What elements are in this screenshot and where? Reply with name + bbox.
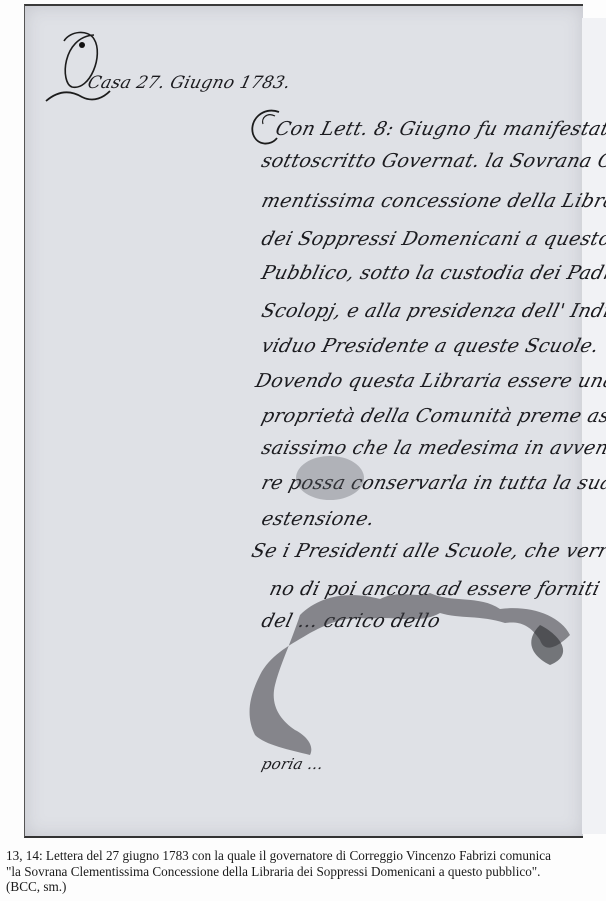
letter-line-text: no di poi ancora ad essere forniti (267, 578, 602, 600)
letter-line-text: Se i Presidenti alle Scuole, che verran (249, 540, 606, 562)
letter-line-text: proprietà della Comunità preme as- (259, 405, 606, 427)
caption-line-1: 13, 14: Lettera del 27 giugno 1783 con l… (6, 848, 602, 864)
letter-line-text: sottoscritto Governat. la Sovrana Cle- (259, 150, 606, 172)
letter-line-2: sottoscritto Governat. la Sovrana Cle- (259, 150, 606, 172)
letter-line-7: viduo Presidente a queste Scuole. (259, 335, 601, 357)
letter-line-6: Scolopj, e alla presidenza dell' Indi- (259, 300, 606, 322)
letter-line-12: estensione. (259, 508, 377, 530)
letter-line-text: del ... carico dello (259, 610, 442, 632)
letter-line-5: Pubblico, sotto la custodia dei Padri (259, 262, 606, 284)
letter-line-text: Pubblico, sotto la custodia dei Padri (259, 262, 606, 284)
letter-line-text: estensione. (259, 508, 377, 530)
letter-line-text: Dovendo questa Libraria essere una (253, 370, 606, 392)
letter-line-8: Dovendo questa Libraria essere una (253, 370, 606, 392)
caption-line-3: (BCC, sm.) (6, 879, 602, 895)
letter-line-1: Con Lett. 8: Giugno fu manifestata al (273, 118, 606, 140)
caption-line-2: "la Sovrana Clementissima Concessione de… (6, 864, 602, 880)
letter-dateline: Casa 27. Giugno 1783. (86, 73, 293, 93)
letter-line-4: dei Soppressi Domenicani a questo (259, 228, 606, 250)
letter-line-17: poria ... (260, 755, 326, 773)
letter-line-10: saissimo che la medesima in avveni- (259, 437, 606, 459)
letter-line-9: proprietà della Comunità preme as- (259, 405, 606, 427)
letter-line-text: Con Lett. 8: Giugno fu manifestata al (273, 118, 606, 140)
letter-line-text: mentissima concessione della Libraria (259, 190, 606, 212)
letter-line-text: re possa conservarla in tutta la sua (259, 472, 606, 494)
letter-line-15: del ... carico dello (259, 610, 442, 632)
letter-line-text: saissimo che la medesima in avveni- (259, 437, 606, 459)
flourish-initial-d-icon (42, 25, 112, 105)
figure-caption: 13, 14: Lettera del 27 giugno 1783 con l… (6, 848, 602, 895)
letter-line-13: Se i Presidenti alle Scuole, che verran (249, 540, 606, 562)
letter-line-3: mentissima concessione della Libraria (259, 190, 606, 212)
letter-line-text: Scolopj, e alla presidenza dell' Indi- (259, 300, 606, 322)
letter-line-text: viduo Presidente a queste Scuole. (259, 335, 601, 357)
letter-line-text: poria ... (260, 755, 326, 773)
letter-line-11: re possa conservarla in tutta la sua (259, 472, 606, 494)
letter-line-text: dei Soppressi Domenicani a questo (259, 228, 606, 250)
letter-line-14: no di poi ancora ad essere forniti (267, 578, 602, 600)
